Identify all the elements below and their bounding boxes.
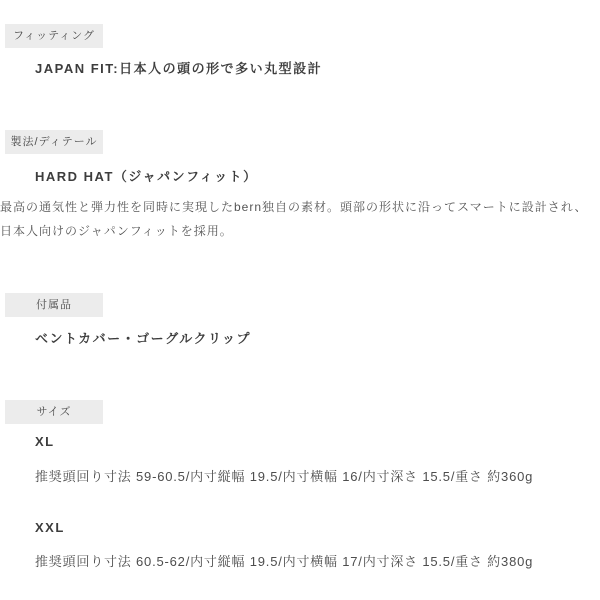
size-section-badge: サイズ bbox=[5, 400, 103, 424]
fitting-section-badge: フィッティング bbox=[5, 24, 103, 48]
section-size: サイズ XL 推奨頭回り寸法 59-60.5/内寸縦幅 19.5/内寸横幅 16… bbox=[0, 400, 600, 571]
construction-section-badge: 製法/ディテール bbox=[5, 130, 103, 154]
size-spec-xl: 推奨頭回り寸法 59-60.5/内寸縦幅 19.5/内寸横幅 16/内寸深さ 1… bbox=[35, 468, 570, 486]
product-description-page: フィッティング JAPAN FIT:日本人の頭の形で多い丸型設計 製法/ディテー… bbox=[0, 0, 600, 600]
size-spec-xxl: 推奨頭回り寸法 60.5-62/内寸縦幅 19.5/内寸横幅 17/内寸深さ 1… bbox=[35, 553, 570, 571]
construction-section-body: 最高の通気性と弾力性を同時に実現したbern独自の素材。頭部の形状に沿ってスマー… bbox=[0, 195, 600, 243]
accessories-section-title: ベントカバー・ゴーグルクリップ bbox=[35, 330, 570, 348]
section-fitting: フィッティング JAPAN FIT:日本人の頭の形で多い丸型設計 bbox=[0, 24, 600, 78]
fitting-section-title: JAPAN FIT:日本人の頭の形で多い丸型設計 bbox=[35, 60, 570, 78]
section-construction: 製法/ディテール HARD HAT（ジャパンフィット） 最高の通気性と弾力性を同… bbox=[0, 130, 600, 243]
size-name-xxl: XXL bbox=[35, 519, 570, 537]
size-name-xl: XL bbox=[35, 433, 570, 451]
construction-section-title: HARD HAT（ジャパンフィット） bbox=[35, 168, 570, 186]
accessories-section-badge: 付属品 bbox=[5, 293, 103, 317]
section-accessories: 付属品 ベントカバー・ゴーグルクリップ bbox=[0, 293, 600, 348]
